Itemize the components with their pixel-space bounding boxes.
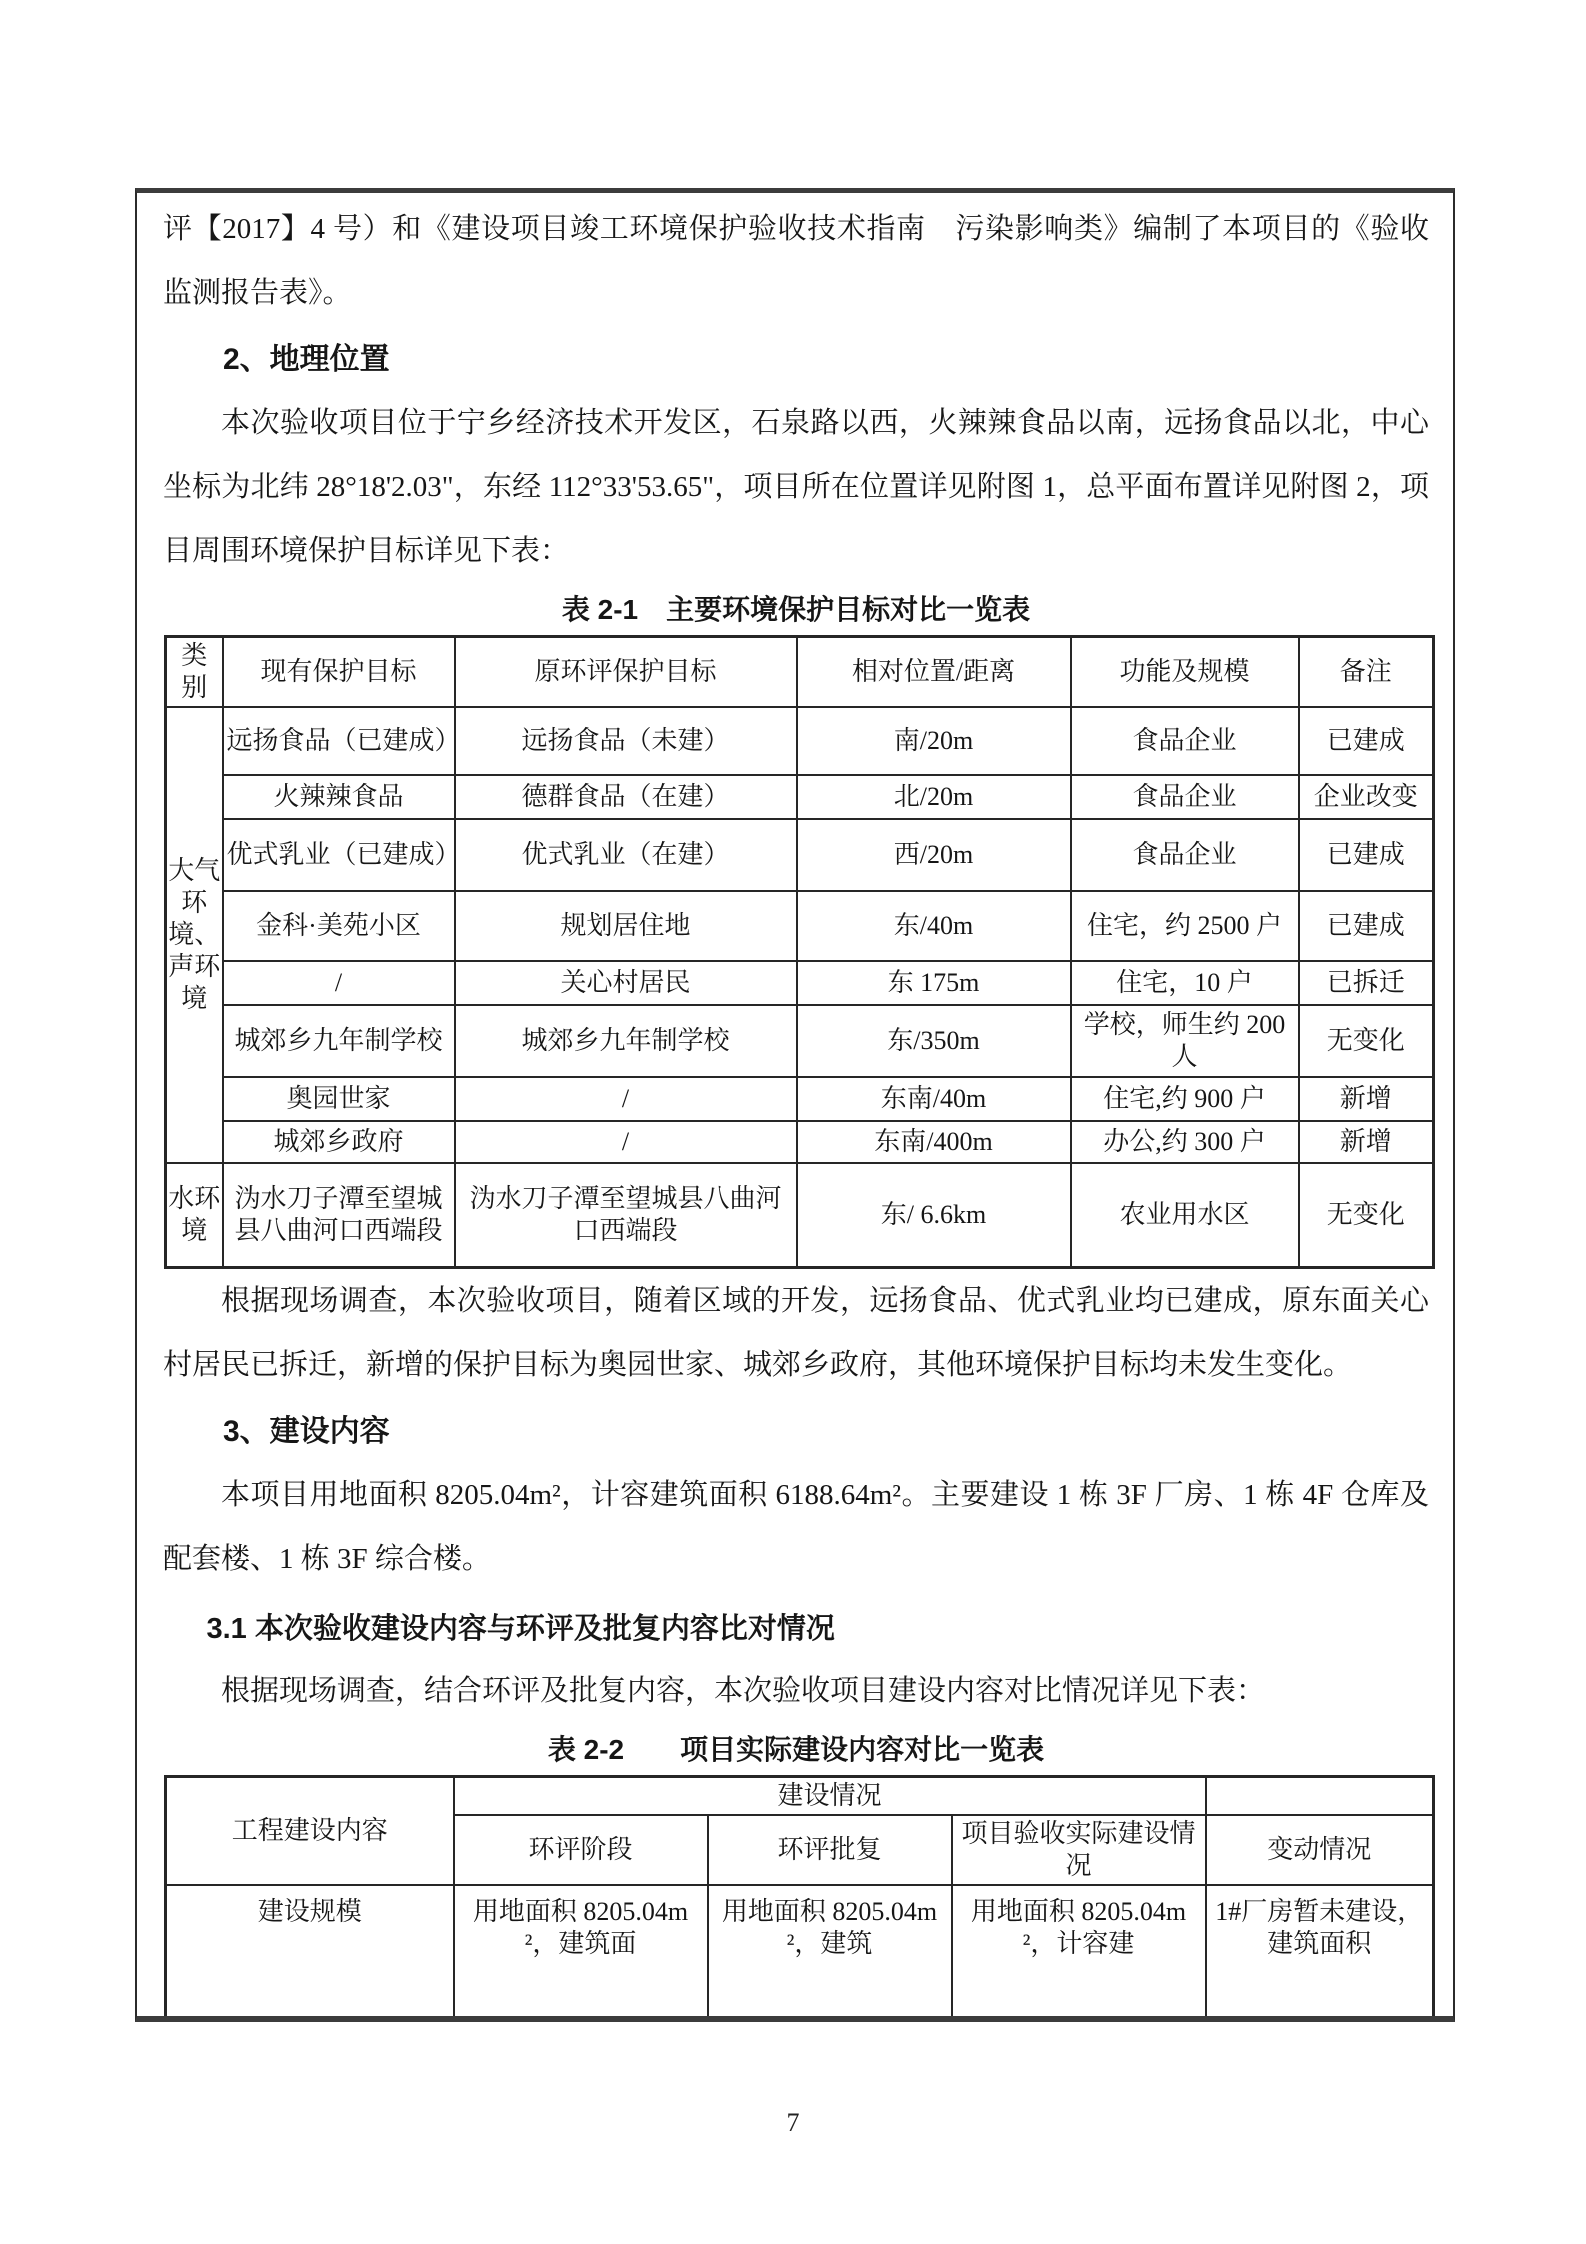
- table-cell: 无变化: [1299, 1005, 1434, 1077]
- table2-header-row-1: 工程建设内容 建设情况: [166, 1776, 1434, 1815]
- table-cell: 新增: [1299, 1121, 1434, 1163]
- content-border-box: 评【2017】4 号）和《建设项目竣工环境保护验收技术指南 污染影响类》编制了本…: [135, 188, 1455, 2022]
- table-cell: 东 175m: [797, 961, 1071, 1005]
- section-heading-construction: 3、建设内容: [163, 1409, 1429, 1455]
- table-cell: 奥园世家: [223, 1077, 455, 1121]
- table-cell: 东南/400m: [797, 1121, 1071, 1163]
- table-cell: 已建成: [1299, 819, 1434, 891]
- table-cell: 食品企业: [1071, 819, 1299, 891]
- table1-title: 表 2-1 主要环境保护目标对比一览表: [163, 589, 1429, 631]
- table-cell: 东南/40m: [797, 1077, 1071, 1121]
- section-heading-compare: 3.1 本次验收建设内容与环评及批复内容比对情况: [163, 1607, 1429, 1651]
- table-cell: 1#厂房暂未建设，建筑面积: [1206, 1885, 1434, 2020]
- table-row: 大气环境、声环境 远扬食品（已建成） 远扬食品（未建） 南/20m 食品企业 已…: [166, 707, 1434, 775]
- category-cell-air-noise: 大气环境、声环境: [166, 707, 223, 1163]
- table2-row-label: 建设规模: [166, 1885, 454, 2020]
- table1-header-cell: 备注: [1299, 637, 1434, 708]
- table-cell: 新增: [1299, 1077, 1434, 1121]
- table2-header-cell: 环评阶段: [454, 1815, 708, 1885]
- table-cell: 北/20m: [797, 775, 1071, 819]
- table-cell: 食品企业: [1071, 775, 1299, 819]
- table-cell: 企业改变: [1299, 775, 1434, 819]
- table-cell: 无变化: [1299, 1163, 1434, 1267]
- category-cell-water: 水环境: [166, 1163, 223, 1267]
- table-cell: 城郊乡九年制学校: [455, 1005, 797, 1077]
- table-cell: 东/40m: [797, 891, 1071, 961]
- table-construction-compare: 工程建设内容 建设情况 环评阶段 环评批复 项目验收实际建设情况 变动情况 建设…: [164, 1775, 1435, 2021]
- table2-group-header-cell: 建设情况: [454, 1776, 1206, 1815]
- table-cell: 远扬食品（未建）: [455, 707, 797, 775]
- page-number: 7: [0, 2108, 1586, 2138]
- table2-header-cell: 环评批复: [708, 1815, 952, 1885]
- table-cell: 办公,约 300 户: [1071, 1121, 1299, 1163]
- table-cell: 食品企业: [1071, 707, 1299, 775]
- table-protection-targets: 类别 现有保护目标 原环评保护目标 相对位置/距离 功能及规模 备注 大气环境、…: [164, 635, 1435, 1269]
- table-cell: 南/20m: [797, 707, 1071, 775]
- table-row: 城郊乡政府 / 东南/400m 办公,约 300 户 新增: [166, 1121, 1434, 1163]
- table-cell: /: [455, 1077, 797, 1121]
- table2-title: 表 2-2 项目实际建设内容对比一览表: [163, 1729, 1429, 1771]
- table-row: 城郊乡九年制学校 城郊乡九年制学校 东/350m 学校，师生约 200 人 无变…: [166, 1005, 1434, 1077]
- table-cell: 优式乳业（在建）: [455, 819, 797, 891]
- table-row-water: 水环境 沩水刀子潭至望城县八曲河口西端段 沩水刀子潭至望城县八曲河口西端段 东/…: [166, 1163, 1434, 1267]
- paragraph-compare: 根据现场调查，结合环评及批复内容，本次验收项目建设内容对比情况详见下表：: [163, 1659, 1429, 1723]
- table-cell: 东/350m: [797, 1005, 1071, 1077]
- table-cell: /: [455, 1121, 797, 1163]
- table-cell: 火辣辣食品: [223, 775, 455, 819]
- table1-header-cell: 相对位置/距离: [797, 637, 1071, 708]
- table-cell: 住宅,约 900 户: [1071, 1077, 1299, 1121]
- table-cell: 规划居住地: [455, 891, 797, 961]
- table-cell: 沩水刀子潭至望城县八曲河口西端段: [223, 1163, 455, 1267]
- table-cell: 已建成: [1299, 707, 1434, 775]
- table-cell: 农业用水区: [1071, 1163, 1299, 1267]
- paragraph-construction: 本项目用地面积 8205.04m²，计容建筑面积 6188.64m²。主要建设 …: [163, 1463, 1429, 1591]
- table-cell: 沩水刀子潭至望城县八曲河口西端段: [455, 1163, 797, 1267]
- paragraph-intro-continuation: 评【2017】4 号）和《建设项目竣工环境保护验收技术指南 污染影响类》编制了本…: [163, 197, 1429, 325]
- paragraph-geography: 本次验收项目位于宁乡经济技术开发区，石泉路以西，火辣辣食品以南，远扬食品以北，中…: [163, 391, 1429, 583]
- table-cell: 住宅，约 2500 户: [1071, 891, 1299, 961]
- table-row: 优式乳业（已建成） 优式乳业（在建） 西/20m 食品企业 已建成: [166, 819, 1434, 891]
- paragraph-after-table1: 根据现场调查，本次验收项目，随着区域的开发，远扬食品、优式乳业均已建成，原东面关…: [163, 1269, 1429, 1397]
- table-cell: 西/20m: [797, 819, 1071, 891]
- table-cell: 学校，师生约 200 人: [1071, 1005, 1299, 1077]
- table-cell: 城郊乡政府: [223, 1121, 455, 1163]
- table-cell: 住宅，10 户: [1071, 961, 1299, 1005]
- table-row: / 关心村居民 东 175m 住宅，10 户 已拆迁: [166, 961, 1434, 1005]
- table2-header-cell: 变动情况: [1206, 1815, 1434, 1885]
- table-cell: 金科·美苑小区: [223, 891, 455, 961]
- table-cell: 远扬食品（已建成）: [223, 707, 455, 775]
- table2-header-cell: 工程建设内容: [166, 1776, 454, 1885]
- table-row: 金科·美苑小区 规划居住地 东/40m 住宅，约 2500 户 已建成: [166, 891, 1434, 961]
- table-cell: 优式乳业（已建成）: [223, 819, 455, 891]
- table-cell: 城郊乡九年制学校: [223, 1005, 455, 1077]
- table1-header-row: 类别 现有保护目标 原环评保护目标 相对位置/距离 功能及规模 备注: [166, 637, 1434, 708]
- table-cell: 已建成: [1299, 891, 1434, 961]
- table2-header-cell: 项目验收实际建设情况: [952, 1815, 1206, 1885]
- table-cell: 用地面积 8205.04m²，计容建: [952, 1885, 1206, 2020]
- table2-empty-header-cell: [1206, 1776, 1434, 1815]
- section-heading-geography: 2、地理位置: [163, 337, 1429, 383]
- table-cell: /: [223, 961, 455, 1005]
- table-cell: 东/ 6.6km: [797, 1163, 1071, 1267]
- table-cell: 德群食品（在建）: [455, 775, 797, 819]
- table-cell: 用地面积 8205.04m²，建筑: [708, 1885, 952, 2020]
- table-row: 奥园世家 / 东南/40m 住宅,约 900 户 新增: [166, 1077, 1434, 1121]
- table1-header-cell: 类别: [166, 637, 223, 708]
- table1-header-cell: 功能及规模: [1071, 637, 1299, 708]
- table-cell: 用地面积 8205.04m²，建筑面: [454, 1885, 708, 2020]
- table2-data-row: 建设规模 用地面积 8205.04m²，建筑面 用地面积 8205.04m²，建…: [166, 1885, 1434, 2020]
- table-row: 火辣辣食品 德群食品（在建） 北/20m 食品企业 企业改变: [166, 775, 1434, 819]
- table-cell: 已拆迁: [1299, 961, 1434, 1005]
- table-cell: 关心村居民: [455, 961, 797, 1005]
- table1-header-cell: 原环评保护目标: [455, 637, 797, 708]
- table1-header-cell: 现有保护目标: [223, 637, 455, 708]
